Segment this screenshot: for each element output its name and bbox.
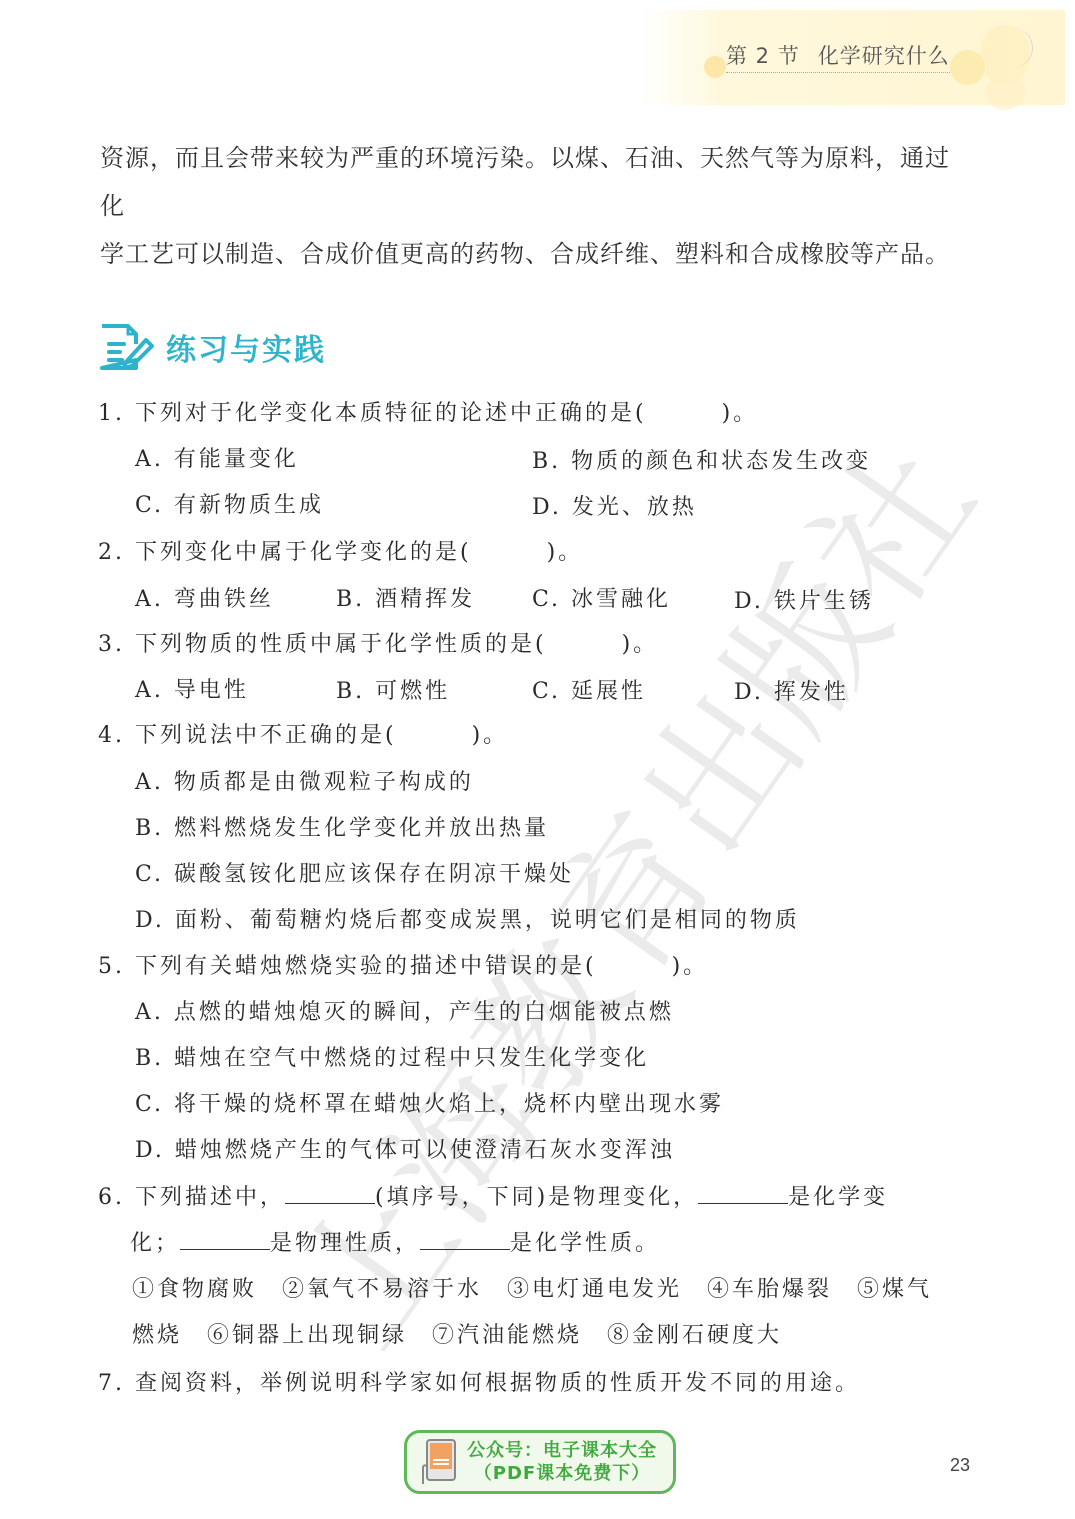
item-list: 燃烧 ⑥铜器上出现铜绿 ⑦汽油能燃烧 ⑧金刚石硬度大 — [132, 1318, 782, 1349]
question-stem: 3. 下列物质的性质中属于化学性质的是( )。 — [98, 627, 658, 658]
page-number: 23 — [950, 1455, 970, 1476]
answer-blank[interactable] — [285, 1183, 375, 1204]
decor-dot — [950, 50, 985, 85]
question-stem: 5. 下列有关蜡烛燃烧实验的描述中错误的是( )。 — [98, 949, 708, 980]
tablet-book-icon — [421, 1438, 459, 1486]
option: A. 点燃的蜡烛熄灭的瞬间，产生的白烟能被点燃 — [135, 995, 674, 1026]
edit-document-icon — [98, 322, 154, 372]
question-stem: 6. 下列描述中，(填序号，下同)是物理变化，是化学变 — [98, 1180, 888, 1211]
option: A. 导电性 — [135, 673, 249, 704]
paragraph-line: 资源，而且会带来较为严重的环境污染。以煤、石油、天然气等为原料，通过化 — [100, 134, 970, 230]
option: A. 物质都是由微观粒子构成的 — [135, 765, 474, 796]
question-stem: 7. 查阅资料，举例说明科学家如何根据物质的性质开发不同的用途。 — [98, 1366, 860, 1397]
option: C. 延展性 — [532, 674, 646, 705]
section-number: 第 2 节 — [726, 44, 800, 68]
option: B. 蜡烛在空气中燃烧的过程中只发生化学变化 — [135, 1041, 649, 1072]
option: D. 面粉、葡萄糖灼烧后都变成炭黑，说明它们是相同的物质 — [135, 903, 800, 934]
promo-banner[interactable]: 公众号：电子课本大全 （PDF课本免费下） — [404, 1430, 676, 1494]
option: B. 物质的颜色和状态发生改变 — [532, 444, 871, 475]
option: D. 发光、放热 — [532, 490, 697, 521]
section-heading: 练习与实践 — [166, 325, 326, 369]
exercise-section-header: 练习与实践 — [98, 322, 326, 372]
answer-blank[interactable] — [698, 1183, 788, 1204]
intro-paragraph: 资源，而且会带来较为严重的环境污染。以煤、石油、天然气等为原料，通过化 学工艺可… — [100, 134, 970, 278]
paragraph-line: 学工艺可以制造、合成价值更高的药物、合成纤维、塑料和合成橡胶等产品。 — [100, 230, 970, 278]
item-list: ①食物腐败 ②氧气不易溶于水 ③电灯通电发光 ④车胎爆裂 ⑤煤气 — [132, 1272, 932, 1303]
answer-blank[interactable] — [420, 1229, 510, 1250]
decor-dot — [985, 75, 1025, 110]
option: A. 弯曲铁丝 — [135, 582, 274, 613]
option: C. 将干燥的烧杯罩在蜡烛火焰上，烧杯内壁出现水雾 — [135, 1087, 724, 1118]
question-stem: 1. 下列对于化学变化本质特征的论述中正确的是( )。 — [98, 396, 758, 427]
option: B. 可燃性 — [336, 674, 450, 705]
option: B. 燃料燃烧发生化学变化并放出热量 — [135, 811, 549, 842]
option: C. 有新物质生成 — [135, 488, 324, 519]
promo-text: 公众号：电子课本大全 （PDF课本免费下） — [467, 1439, 657, 1485]
question-stem: 2. 下列变化中属于化学变化的是( )。 — [98, 535, 583, 566]
option: A. 有能量变化 — [135, 442, 299, 473]
decor-dot — [704, 56, 726, 78]
option: D. 挥发性 — [734, 675, 849, 706]
answer-blank[interactable] — [180, 1229, 270, 1250]
chapter-header: 第 2 节化学研究什么 — [726, 40, 950, 73]
option: C. 碳酸氢铵化肥应该保存在阴凉干燥处 — [135, 857, 574, 888]
section-title: 化学研究什么 — [818, 44, 950, 68]
option: C. 冰雪融化 — [532, 582, 671, 613]
option: D. 蜡烛燃烧产生的气体可以使澄清石灰水变浑浊 — [135, 1133, 675, 1164]
question-stem: 4. 下列说法中不正确的是( )。 — [98, 718, 508, 749]
question-stem-cont: 化；是物理性质，是化学性质。 — [130, 1226, 660, 1257]
option: D. 铁片生锈 — [734, 584, 874, 615]
option: B. 酒精挥发 — [336, 582, 475, 613]
